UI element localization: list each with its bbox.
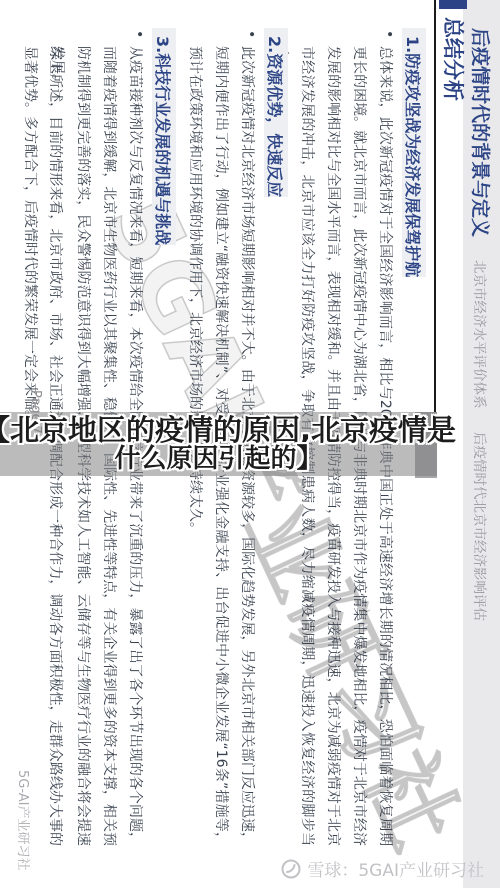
xueqiu-watermark-text: 雪球：5GAI产业研习社 [307,856,484,881]
seo-watermark-line-2: 什么原因引起的】 [114,446,322,473]
seo-watermark-line-1: 【北京地区的疫情的原因,北京疫情是 [0,415,456,445]
title-underline [434,0,436,412]
section-3-heading: 3.科技行业发展的机遇与挑战 [152,28,176,245]
slide-header-bar: 后疫情时代的背景与定义 北京市经济水平评价体系 后疫情时代北京市经济影响评估 [463,0,500,888]
xueqiu-watermark: 雪球：5GAI产业研习社 [281,856,484,881]
xueqiu-snowball-icon [281,859,301,879]
bullet-dot: • [243,30,259,38]
tab-economic-impact-assessment: 后疫情时代北京市经济影响评估 [463,432,500,621]
section-1-heading: 1.防疫攻坚战为经济发展保驾护航 [402,28,426,277]
brand-footer-label: 5G-AI产业研习社 [15,770,34,870]
seo-watermark-band: 【北京地区的疫情的原因,北京疫情是 什么原因引起的】 [0,412,437,476]
section-2-heading: 2.资源优势，快速反应 [264,28,288,197]
page-title: 总结分析 [439,17,469,101]
bullet-dot: • [381,30,397,38]
document-page: 后疫情时代的背景与定义 北京市经济水平评价体系 后疫情时代北京市经济影响评估 总… [0,0,500,888]
bullet-dot: • [131,30,147,38]
title-accent-bar [439,0,467,9]
tab-economic-evaluation-system: 北京市经济水平评价体系 [463,260,500,409]
